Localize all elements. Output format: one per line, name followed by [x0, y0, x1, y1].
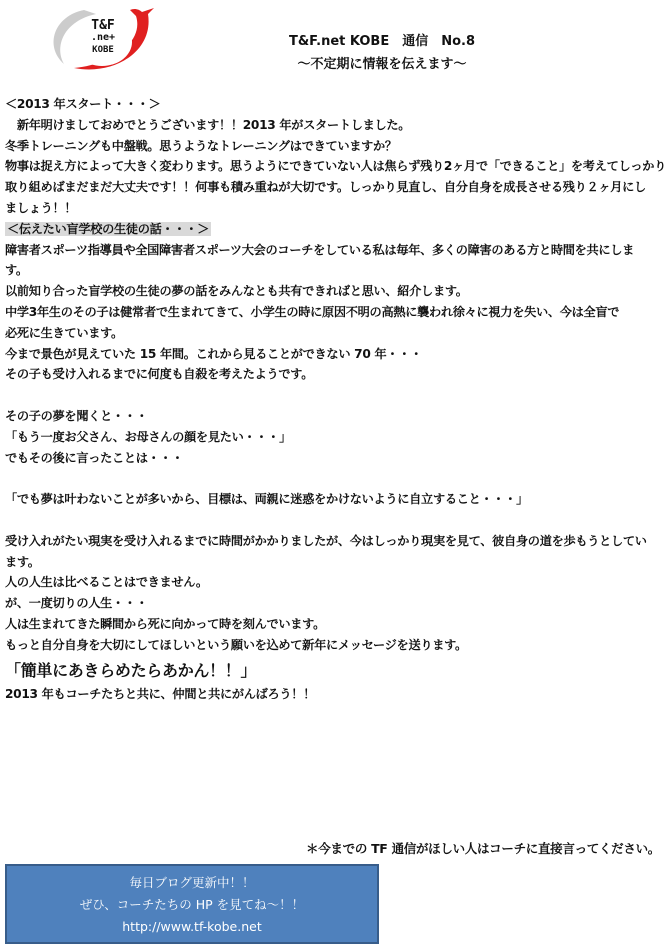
newsletter-title: T&F.net KOBE 通信 No.8	[47, 30, 670, 49]
blog-promo-line2: ぜひ、コーチたちの HP を見てね～！！	[7, 894, 377, 916]
body-line: 物事は捉え方によって大きく変わります。思うようにできていない人は焦らず残り2ヶ月…	[5, 156, 665, 177]
body-line: す。	[5, 260, 665, 281]
body-line: 人は生まれてきた瞬間から死に向かって時を刻んでいます。	[5, 614, 665, 635]
body-line: 「でも夢は叶わないことが多いから、目標は、両親に迷惑をかけないように自立すること…	[5, 489, 665, 510]
section-heading-blind-school-story: ＜伝えたい盲学校の生徒の話・・・＞	[5, 222, 211, 236]
body-line: その子の夢を聞くと・・・	[5, 406, 665, 427]
newsletter-subtitle: ～不定期に情報を伝えます～	[47, 53, 670, 72]
spacer	[5, 385, 665, 406]
body-line: もっと自分自身を大切にしてほしいという願いを込めて新年にメッセージを送ります。	[5, 635, 665, 656]
body-line: 必死に生きています。	[5, 323, 665, 344]
spacer	[5, 510, 665, 531]
body-line: 新年明けましておめでとうございます！！2013 年がスタートしました。	[5, 115, 665, 136]
newsletter-body: ＜2013 年スタート・・・＞ 新年明けましておめでとうございます！！2013 …	[5, 94, 665, 704]
body-line: 人の人生は比べることはできません。	[5, 572, 665, 593]
body-line: が、一度切りの人生・・・	[5, 593, 665, 614]
body-line: 受け入れがたい現実を受け入れるまでに時間がかかりましたが、今はしっかり現実を見て…	[5, 531, 665, 552]
body-line: 障害者スポーツ指導員や全国障害者スポーツ大会のコーチをしている私は毎年、多くの障…	[5, 240, 665, 261]
body-line: ます。	[5, 552, 665, 573]
body-line: 以前知り合った盲学校の生徒の夢の話をみんなとも共有できればと思い、紹介します。	[5, 281, 665, 302]
closing-line: 2013 年もコーチたちと共に、仲間と共にがんばろう！！	[5, 684, 665, 705]
headline-message: 「簡単にあきらめたらあかん！！」	[5, 656, 665, 684]
body-line: ましょう！！	[5, 198, 665, 219]
body-line: 「もう一度お父さん、お母さんの顔を見たい・・・」	[5, 427, 665, 448]
body-line: 今まで景色が見えていた 15 年間。これから見ることができない 70 年・・・	[5, 344, 665, 365]
body-line: 中学3年生のその子は健常者で生まれてきて、小学生の時に原因不明の高熱に襲われ徐々…	[5, 302, 665, 323]
body-line: 冬季トレーニングも中盤戦。思うようなトレーニングはできていますか？	[5, 136, 665, 157]
body-line: でもその後に言ったことは・・・	[5, 448, 665, 469]
spacer	[5, 468, 665, 489]
blog-promo-box: 毎日ブログ更新中！！ ぜひ、コーチたちの HP を見てね～！！ http://w…	[5, 864, 379, 944]
body-line: 取り組めばまだまだ大丈夫です！！何事も積み重ねが大切です。しっかり見直し、自分自…	[5, 177, 665, 198]
blog-promo-line1: 毎日ブログ更新中！！	[7, 872, 377, 894]
back-issues-note: ＊今までの TF 通信がほしい人はコーチに直接言ってください。	[306, 839, 660, 857]
body-line: その子も受け入れるまでに何度も自殺を考えたようです。	[5, 364, 665, 385]
website-link[interactable]: http://www.tf-kobe.net	[7, 916, 377, 938]
section-heading-2013-start: ＜2013 年スタート・・・＞	[5, 94, 665, 115]
